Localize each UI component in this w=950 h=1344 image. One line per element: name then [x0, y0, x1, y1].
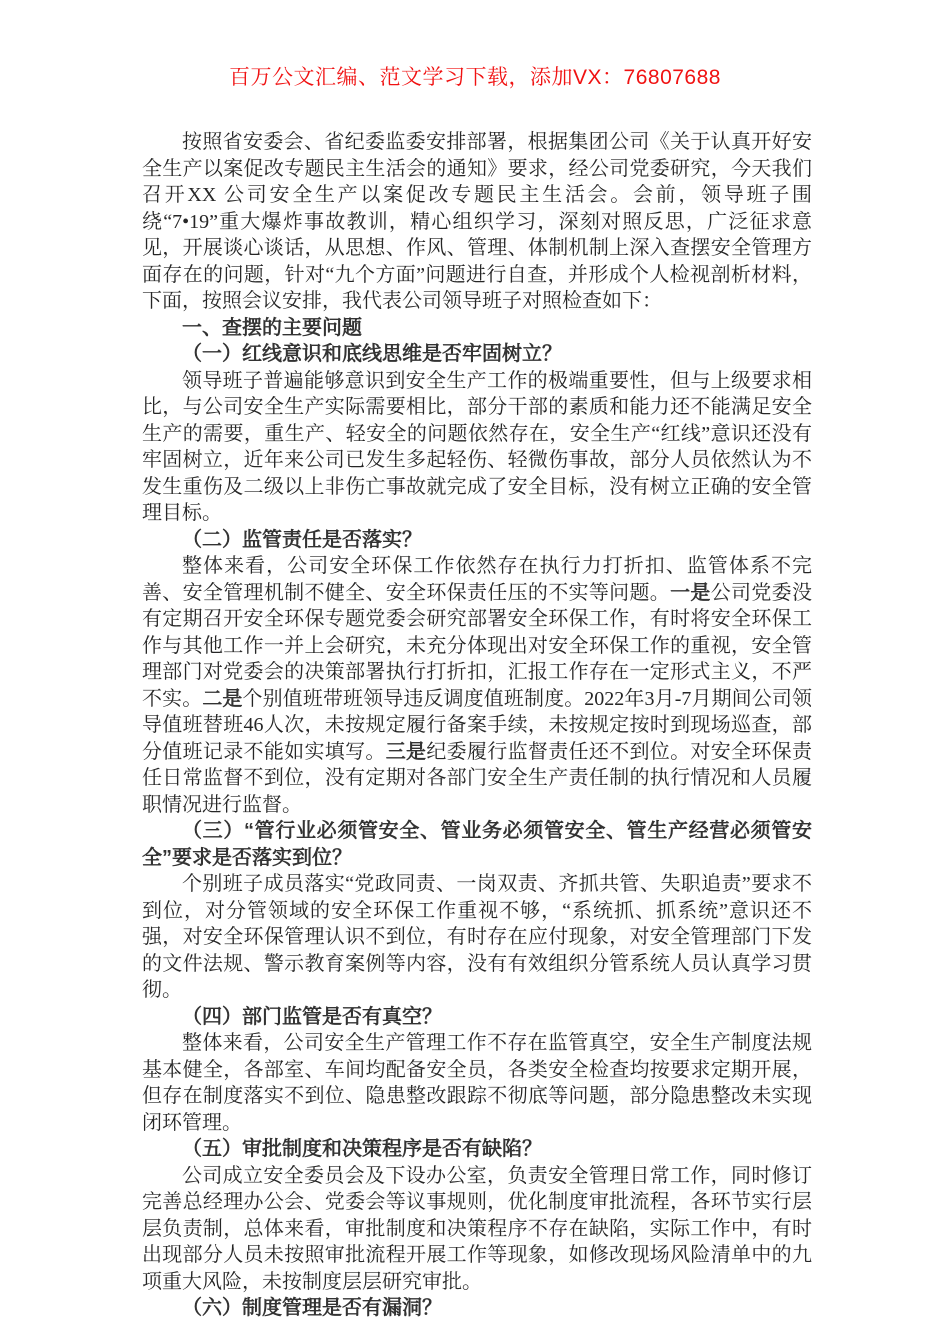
document-body: 按照省安委会、省纪委监委安排部署，根据集团公司《关于认真开好安全生产以案促改专题…	[142, 129, 812, 1322]
issue-5-heading: （五）审批制度和决策程序是否有缺陷？	[142, 1136, 812, 1163]
document-page: 百万公文汇编、范文学习下载，添加VX：76807688 按照省安委会、省纪委监委…	[0, 0, 950, 1344]
issue-4-body: 整体来看，公司安全生产管理工作不存在监管真空，安全生产制度法规基本健全，各部室、…	[142, 1030, 812, 1136]
issue-4-heading: （四）部门监管是否有真空？	[142, 1004, 812, 1031]
issue-2-bold-second: 二是	[202, 688, 242, 710]
issue-1-heading: （一）红线意识和底线思维是否牢固树立？	[142, 341, 812, 368]
issue-2-heading: （二）监管责任是否落实？	[142, 527, 812, 554]
issue-1-body: 领导班子普遍能够意识到安全生产工作的极端重要性，但与上级要求相比，与公司安全生产…	[142, 368, 812, 527]
section-1-heading: 一、查摆的主要问题	[142, 315, 812, 342]
issue-6-heading: （六）制度管理是否有漏洞？	[142, 1295, 812, 1322]
issue-2-bold-third: 三是	[386, 741, 427, 763]
intro-paragraph: 按照省安委会、省纪委监委安排部署，根据集团公司《关于认真开好安全生产以案促改专题…	[142, 129, 812, 315]
issue-3-body: 个别班子成员落实“党政同责、一岗双责、齐抓共管、失职追责”要求不到位，对分管领域…	[142, 871, 812, 1004]
issue-5-body: 公司成立安全委员会及下设办公室，负责安全管理日常工作，同时修订完善总经理办公会、…	[142, 1163, 812, 1296]
promo-banner: 百万公文汇编、范文学习下载，添加VX：76807688	[0, 64, 950, 92]
issue-2-bold-first: 一是	[670, 582, 711, 604]
issue-3-heading: （三）“管行业必须管安全、管业务必须管安全、管生产经营必须管安全”要求是否落实到…	[142, 818, 812, 871]
issue-2-body: 整体来看，公司安全环保工作依然存在执行力打折扣、监管体系不完善、安全管理机制不健…	[142, 553, 812, 818]
